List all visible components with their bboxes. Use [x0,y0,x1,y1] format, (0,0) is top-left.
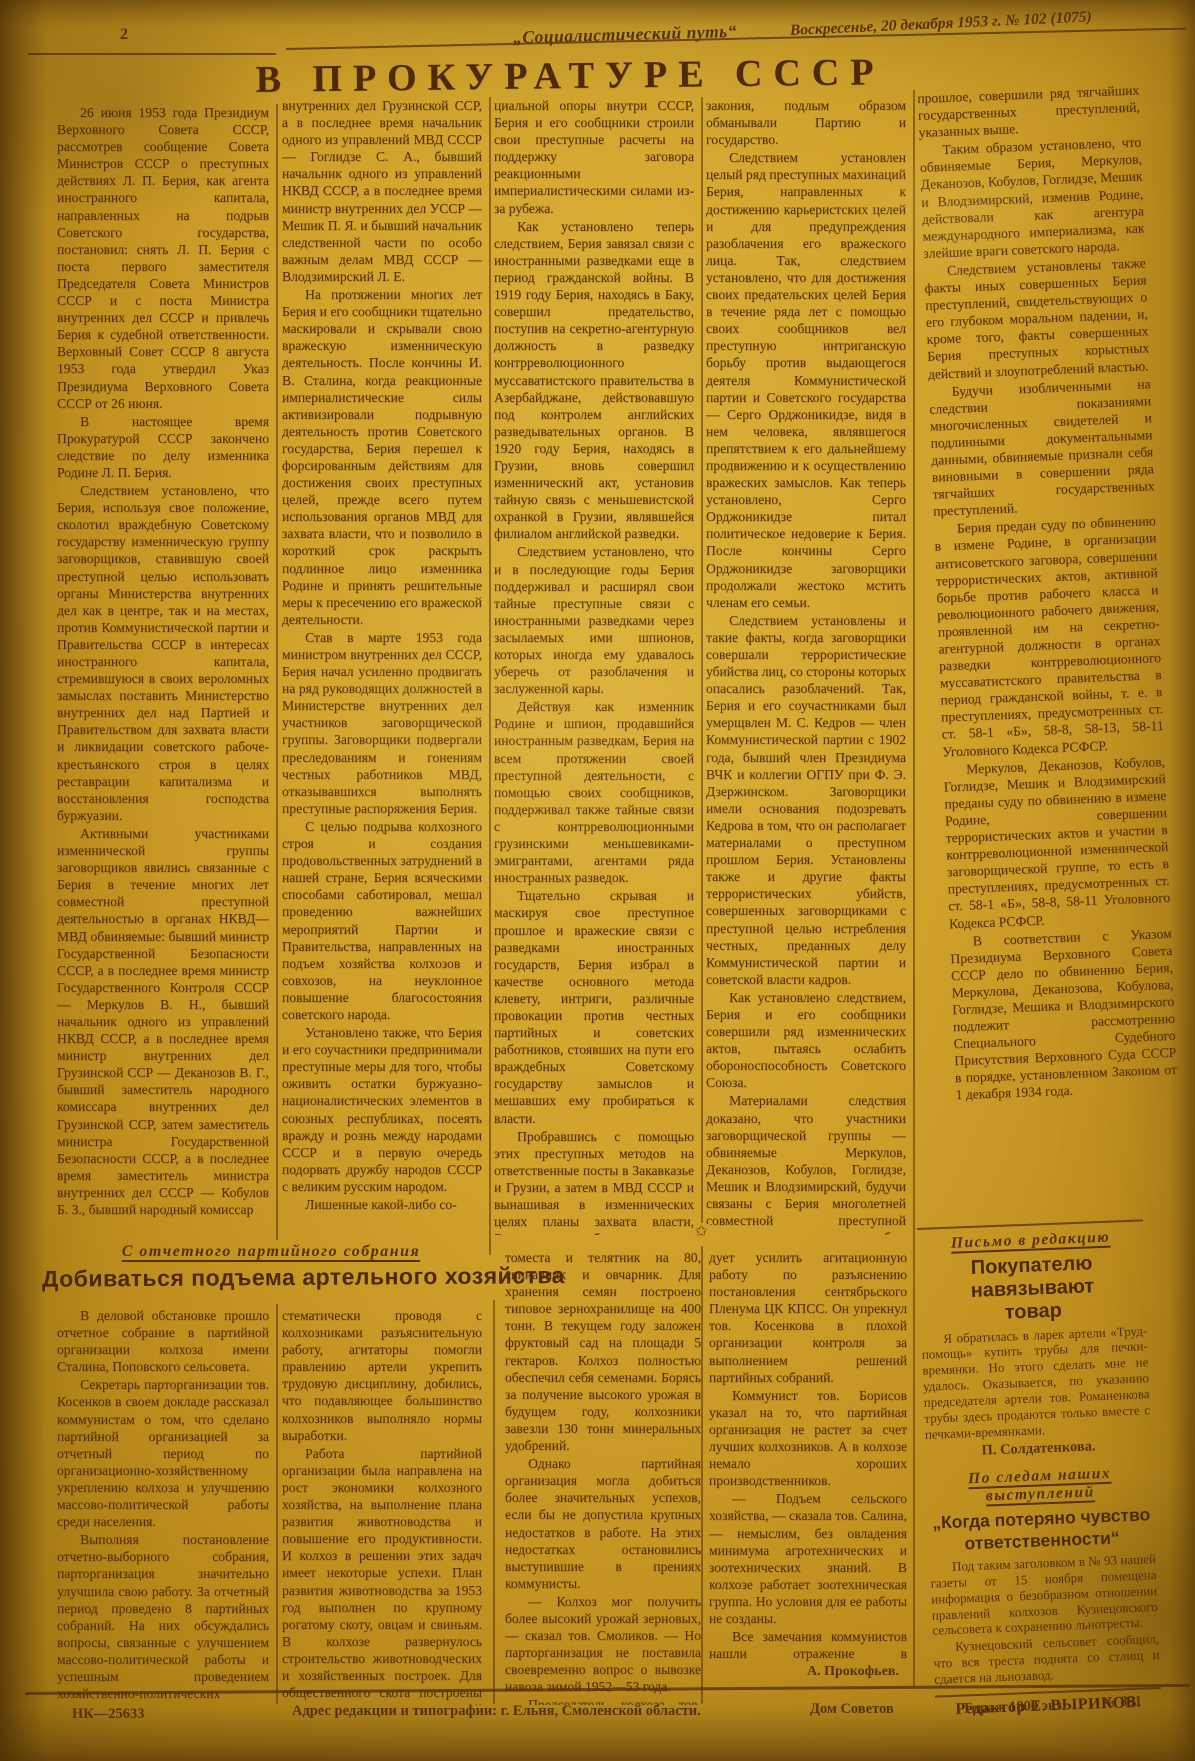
newspaper-page: 2 „Социалистический путь“ Воскресенье, 2… [0,0,1195,1761]
prosecutor-column-2: внутренних дел Грузинской ССР, а в после… [282,97,482,1243]
paragraph: Будучи изобличенными на следствии показа… [928,375,1155,520]
kolkhoz-kicker-wrap: С отчетного партийного собрания [57,1243,485,1261]
letter-kicker-wrap: Письмо в редакцию [917,1227,1144,1254]
paragraph: Установлено также, что Берия и его соуча… [282,1024,482,1195]
paragraph: Активными участниками изменнической груп… [57,825,269,1218]
paragraph: На протяжении многих лет Берия и его соо… [282,286,482,628]
paragraph: — Подъем сельского хозяйства, — сказала … [709,1490,907,1627]
kolkhoz-column-2: стематически проводя с колхозниками разъ… [282,1307,482,1705]
paragraph: 26 июня 1953 года Президиум Верховного С… [57,104,269,412]
page-number: 2 [120,26,128,44]
paragraph: Тщательно скрывая и маскируя свое престу… [494,887,694,1126]
followup-kicker-wrap: По следам наших выступлений [926,1463,1153,1508]
column-divider [276,1304,278,1704]
paragraph: С целью подрыва колхозного строя и созда… [282,818,482,1023]
paragraph: Следствием установлен целый ряд преступн… [706,149,906,611]
paragraph: прошлое, совершили ряд тягчайших государ… [917,81,1141,141]
column-divider [913,90,915,1686]
paragraph: Секретарь парторганизации тов. Косенков … [57,1376,269,1530]
paragraph: циальной опоры внутри СССР, Берия и его … [494,97,694,217]
paragraph: стематически проводя с колхозниками разъ… [282,1307,482,1444]
prosecutor-column-3: циальной опоры внутри СССР, Берия и его … [494,97,694,1235]
kolkhoz-kicker: С отчетного партийного собрания [122,1243,421,1260]
paragraph: Следствием установлены и такие факты, ко… [706,612,906,988]
paragraph: Как установлено следствием, Берия и его … [706,989,906,1092]
paragraph: Все замечания коммунистов нашли отражени… [709,1628,907,1661]
footer-circulation: Тираж 1800 экз. [962,1697,1066,1718]
kolkhoz-column-1: В деловой обстановке прошло отчетное соб… [57,1307,269,1705]
paragraph: Пробравшись с помощью этих преступных ме… [494,1128,694,1235]
prosecutor-column-5: прошлое, совершили ряд тягчайших государ… [917,81,1182,1215]
paragraph: Берия предан суду по обвинению в измене … [934,513,1165,761]
paragraph: Выполняя постановление отчетно-выборного… [57,1531,269,1705]
paragraph: Действуя как изменник Родине и шпион, пр… [494,698,694,886]
kolkhoz-column-3: томеста и телятник на 80, свинарник и ов… [505,1249,701,1705]
paragraph: Как установлено теперь следствием, Берия… [494,218,694,543]
footer-issue-number: № 851 [1102,1693,1143,1711]
paragraph: Работа партийной организации была направ… [282,1445,482,1705]
kolkhoz-column-4: дует усилить агитационную работу по разъ… [709,1249,907,1661]
paragraph: — Колхоз мог получить более высокий урож… [505,1593,701,1696]
kolkhoz-headline: Добиваться подъема артельного хозяйства [42,1262,542,1292]
followup-kicker: По следам наших выступлений [939,1463,1140,1507]
column-divider [701,97,703,1223]
paragraph: Я обратилась в ларек артели «Труд-помощь… [921,1323,1151,1443]
prosecutor-column-4: закония, подлым образом обманывали Парти… [706,97,906,1235]
paragraph: закония, подлым образом обманывали Парти… [706,97,906,148]
footer-address: Адрес редакции и типографии: г. Ельня, С… [292,1703,701,1720]
footer-print-code: НК—25633 [72,1706,145,1723]
paragraph: Материалами следствия доказано, что учас… [706,1092,906,1235]
paragraph: Таким образом установлено, что обвиняемы… [919,134,1145,262]
letter-kicker: Письмо в редакцию [951,1228,1111,1251]
main-headline: В ПРОКУРАТУРЕ СССР [190,49,950,102]
letter-headline: Покупателю навязывают товар [939,1251,1127,1327]
kolkhoz-signature: А. Прокофьев. [709,1664,899,1680]
followup-headline: „Когда потеряно чувство ответственности“ [928,1503,1156,1556]
paragraph: В настоящее время Прокуратурой СССР зако… [57,413,269,481]
footer-building: Дом Советов [810,1701,894,1718]
newspaper-title: „Социалистический путь“ [455,19,795,49]
paragraph: Меркулов, Деканозов, Кобулов, Гоглидзе, … [943,753,1171,932]
column-divider [701,1246,703,1704]
paragraph: Под таким заголовком в № 93 нашей газеты… [930,1551,1159,1639]
paragraph: Однако партийная организация могла добит… [505,1455,701,1592]
paragraph: В деловой обстановке прошло отчетное соб… [57,1307,269,1375]
column-divider [489,97,491,1255]
paragraph: Следствием установлены также факты иных … [924,254,1150,382]
column-divider [276,104,278,1240]
paragraph: Кузнецовский сельсовет сообщил, что вся … [933,1631,1161,1687]
paragraph: Следствием установлено, что и в последую… [494,543,694,697]
paragraph: дует усилить агитационную работу по разъ… [709,1249,907,1386]
right-lower-section: Письмо в редакцию Покупателю навязывают … [917,1219,1162,1719]
paragraph: томеста и телятник на 80, свинарник и ов… [505,1249,701,1454]
prosecutor-column-1: 26 июня 1953 года Президиум Верховного С… [57,104,269,1236]
header-rule-left [28,53,276,55]
paragraph: Следствием установлено, что Берия, испол… [57,482,269,824]
paragraph: Коммунист тов. Борисов указал на то, что… [709,1387,907,1490]
followup-body: Под таким заголовком в № 93 нашей газеты… [930,1551,1161,1688]
column-divider [493,1300,495,1704]
paragraph: Став в марте 1953 года министром внутрен… [282,629,482,817]
star-ornament: ✩ [693,1224,710,1241]
paragraph: внутренних дел Грузинской ССР, а в после… [282,97,482,285]
paragraph: Лишенные какой-либо со- [282,1196,482,1213]
letter-body: Я обратилась в ларек артели «Труд-помощь… [921,1323,1151,1443]
paragraph: В соответствии с Указом Президиума Верхо… [949,924,1177,1103]
